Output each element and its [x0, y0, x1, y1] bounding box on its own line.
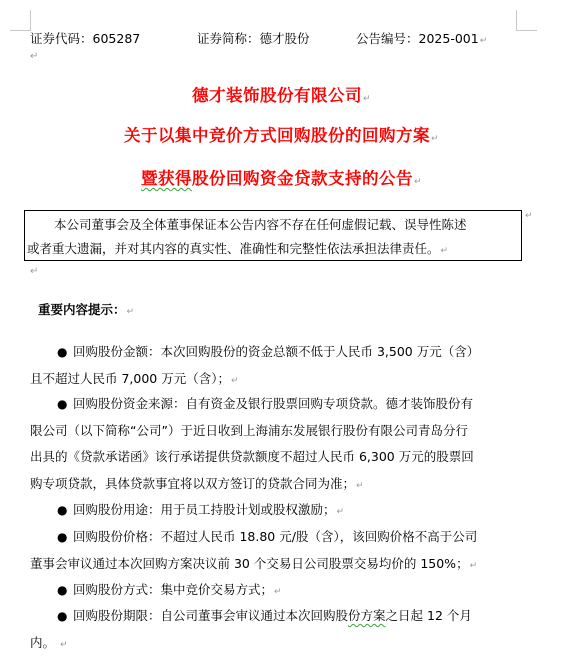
- bullet-icon: ●: [57, 603, 73, 630]
- list-item-text: 购专项贷款，具体贷款事宜将以双方签订的贷款合同为准；: [30, 476, 355, 491]
- bullet-icon: ●: [57, 339, 73, 366]
- list-item-text: 回购股份用途：用于员工持股计划或股权激励；: [73, 502, 336, 517]
- security-code: 证券代码：605287: [30, 30, 140, 48]
- paragraph-mark-icon: ↵: [414, 177, 422, 187]
- bullet-icon: ●: [57, 524, 73, 551]
- paragraph-mark-icon: ↵: [356, 481, 364, 491]
- page-corner-mark-top-right: [516, 10, 537, 31]
- bullet-icon: ●: [57, 577, 73, 604]
- paragraph-mark-icon: ↵: [337, 507, 345, 517]
- company-name: 德才装饰股份有限公司: [192, 86, 362, 105]
- paragraph-mark-icon: ↵: [525, 211, 533, 221]
- list-item-text: 限公司（以下简称“公司”）于近日收到上海浦东发展银行股份有限公司青岛分行: [30, 423, 468, 438]
- announcement-title-line3: 暨获得股份回购资金贷款支持的公告↵: [0, 168, 563, 193]
- paragraph-mark-icon: ↵: [441, 246, 449, 256]
- bullet-icon: ●: [57, 391, 73, 418]
- paragraph-mark-icon: ↵: [127, 307, 135, 317]
- list-item-text: 回购股份金额：本次回购股份的资金总额不低于人民币 3,500 万元（含）: [73, 344, 479, 359]
- disclaimer-line-2-text: 或者重大遗漏，并对其内容的真实性、准确性和完整性依法承担法律责任。: [27, 241, 440, 256]
- section-heading-text: 重要内容提示：: [38, 302, 126, 317]
- list-item-repurchase-amount: ●回购股份金额：本次回购股份的资金总额不低于人民币 3,500 万元（含） 且不…: [30, 339, 530, 394]
- paragraph-mark-icon: ↵: [30, 266, 38, 278]
- list-item-period: ●回购股份期限：自公司董事会审议通过本次回购股份方案之日起 12 个月 内。 ↵: [30, 603, 530, 658]
- security-abbreviation: 证券简称：德才股份: [197, 30, 310, 48]
- page-corner-mark-top-left: [10, 10, 31, 31]
- disclaimer-box: 本公司董事会及全体董事保证本公告内容不存在任何虚假记载、误导性陈述 或者重大遗漏…: [24, 210, 522, 261]
- list-item-text: 出具的《贷款承诺函》该行承诺提供贷款额度不超过人民币 6,300 万元的股票回: [30, 449, 474, 464]
- announcement-number: 公告编号：2025-001↵: [356, 30, 487, 50]
- announcement-title-line2: 关于以集中竞价方式回购股份的回购方案↵: [0, 125, 563, 150]
- announcement-header: 证券代码：605287 证券简称：德才股份 公告编号：2025-001↵: [30, 30, 530, 48]
- company-title: 德才装饰股份有限公司↵: [0, 85, 563, 110]
- spellcheck-underlined-text[interactable]: 份方案: [348, 608, 386, 623]
- list-item-method: ●回购股份方式：集中竞价交易方式；↵: [30, 577, 530, 606]
- paragraph-mark-icon: ↵: [231, 376, 239, 386]
- list-item-price: ●回购股份价格：不超过人民币 18.80 元/股（含），该回购价格不高于公司 董…: [30, 524, 530, 579]
- title-line2-text: 关于以集中竞价方式回购股份的回购方案: [124, 126, 430, 145]
- paragraph-mark-icon: ↵: [431, 134, 439, 144]
- disclaimer-line-2: 或者重大遗漏，并对其内容的真实性、准确性和完整性依法承担法律责任。↵: [27, 237, 521, 263]
- paragraph-mark-icon: ↵: [363, 94, 371, 104]
- announcement-no-label: 公告编号：: [356, 31, 419, 46]
- bullet-icon: ●: [57, 497, 73, 524]
- security-code-value: 605287: [93, 31, 141, 46]
- list-item-text: 回购股份资金来源：自有资金及银行股票回购专项贷款。德才装饰股份有: [73, 396, 473, 411]
- paragraph-mark-icon: ↵: [470, 561, 478, 571]
- list-item-purpose: ●回购股份用途：用于员工持股计划或股权激励；↵: [30, 497, 530, 526]
- list-item-text: 回购股份方式：集中竞价交易方式；: [73, 582, 273, 597]
- announcement-no-value: 2025-001: [419, 31, 479, 46]
- security-code-label: 证券代码：: [30, 31, 93, 46]
- list-item-funding-source: ●回购股份资金来源：自有资金及银行股票回购专项贷款。德才装饰股份有 限公司（以下…: [30, 391, 530, 499]
- title-line3-text: 股份回购资金贷款支持的公告: [192, 169, 413, 188]
- paragraph-mark-icon: ↵: [274, 587, 282, 597]
- paragraph-mark-icon: ↵: [480, 36, 488, 46]
- paragraph-mark-icon: ↵: [60, 640, 68, 650]
- list-item-text: 内。: [30, 635, 55, 650]
- security-abbr-label: 证券简称：: [197, 31, 260, 46]
- list-item-text: 且不超过人民币 7,000 万元（含）；: [30, 371, 230, 386]
- spellcheck-underlined-text[interactable]: 暨获得: [141, 169, 192, 188]
- paragraph-mark-icon: ↵: [30, 51, 38, 63]
- list-item-text: 董事会审议通过本次回购方案决议前 30 个交易日公司股票交易均价的 150%；: [30, 556, 469, 571]
- section-heading: 重要内容提示：↵: [38, 301, 134, 321]
- list-item-text: 回购股份价格：不超过人民币 18.80 元/股（含），该回购价格不高于公司: [73, 529, 477, 544]
- list-item-text: 之日起 12 个月: [386, 608, 472, 623]
- disclaimer-line-1: 本公司董事会及全体董事保证本公告内容不存在任何虚假记载、误导性陈述: [27, 213, 521, 237]
- list-item-text: 回购股份期限：自公司董事会审议通过本次回购股: [73, 608, 348, 623]
- security-abbr-value: 德才股份: [260, 31, 310, 46]
